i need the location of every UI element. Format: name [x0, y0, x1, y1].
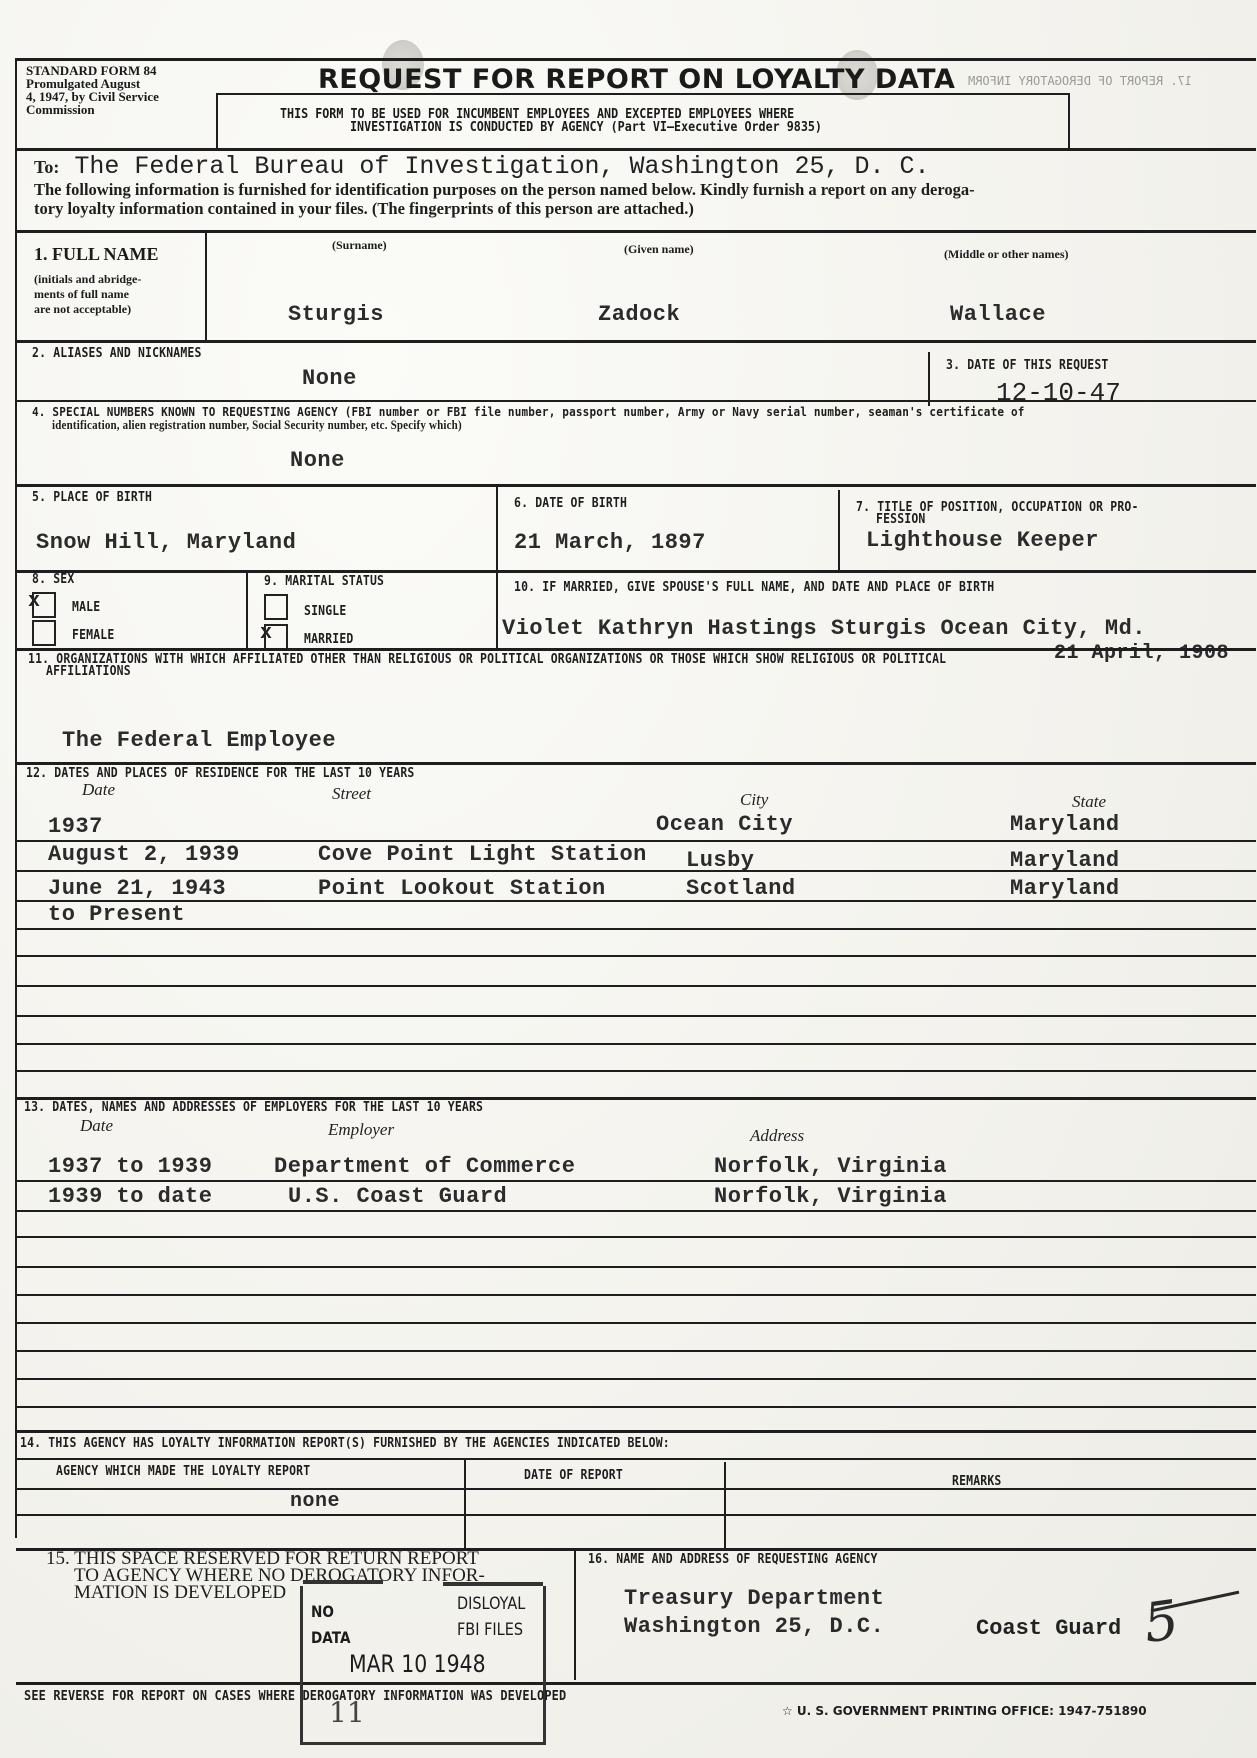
residence-label: 12. DATES AND PLACES OF RESIDENCE FOR TH…: [26, 766, 414, 781]
divider: [16, 484, 1256, 487]
residence-date: August 2, 1939: [48, 842, 240, 867]
sex-female-checkbox[interactable]: [32, 620, 56, 646]
date-of-birth-value: 21 March, 1897: [514, 530, 706, 555]
special-numbers-label-1: 4. SPECIAL NUMBERS KNOWN TO REQUESTING A…: [32, 404, 1025, 419]
residence-date: to Present: [48, 902, 185, 927]
divider: [246, 570, 248, 648]
employers-col-date: Date: [80, 1116, 113, 1136]
instructions-line-1: The following information is furnished f…: [34, 180, 1244, 199]
printer-imprint: ☆ U. S. GOVERNMENT PRINTING OFFICE: 1947…: [782, 1704, 1147, 1718]
addressee-line: To: The Federal Bureau of Investigation,…: [34, 152, 930, 181]
sex-male-checkbox[interactable]: [32, 592, 56, 618]
ruled-line: [16, 1322, 1256, 1324]
divider: [16, 340, 1256, 343]
divider: [16, 1682, 1256, 1685]
occupation-label-2: FESSION: [876, 512, 925, 527]
spouse-value: Violet Kathryn Hastings Sturgis Ocean Ci…: [502, 616, 1146, 641]
sex-female-label: FEMALE: [72, 628, 114, 643]
divider: [16, 570, 1256, 573]
date-of-birth-label: 6. DATE OF BIRTH: [514, 496, 627, 511]
occupation-value: Lighthouse Keeper: [866, 528, 1099, 553]
employers-col-address: Address: [750, 1126, 804, 1146]
loyalty-col-date: DATE OF REPORT: [524, 1468, 623, 1483]
divider: [928, 352, 930, 406]
sex-male-label: MALE: [72, 600, 100, 615]
divider: [574, 1550, 576, 1680]
special-numbers-label-2: identification, alien registration numbe…: [52, 418, 462, 433]
ruled-line: [16, 1180, 1256, 1182]
spouse-label: 10. IF MARRIED, GIVE SPOUSE'S FULL NAME,…: [514, 580, 994, 595]
instructions-line-2: tory loyalty information contained in yo…: [34, 199, 1244, 218]
ruled-line: [16, 1378, 1256, 1380]
ruled-line: [16, 1406, 1256, 1408]
divider: [205, 231, 207, 341]
divider: [16, 1430, 1256, 1433]
surname-value: Sturgis: [288, 302, 384, 327]
stamp-data: DATA: [311, 1628, 351, 1647]
full-name-label: 1. FULL NAME: [34, 244, 159, 265]
requesting-agency-label: 16. NAME AND ADDRESS OF REQUESTING AGENC…: [588, 1552, 878, 1567]
to-value: The Federal Bureau of Investigation, Was…: [74, 152, 929, 181]
residence-city: Scotland: [686, 876, 796, 901]
frame-top-line: [16, 58, 1256, 61]
employers-label: 13. DATES, NAMES AND ADDRESSES OF EMPLOY…: [24, 1100, 483, 1115]
special-numbers-value: None: [290, 448, 345, 473]
ruled-line: [16, 955, 1256, 957]
marital-married-checkbox[interactable]: [264, 624, 288, 650]
loyalty-agency-value: none: [290, 1490, 340, 1513]
divider: [16, 230, 1256, 233]
divider: [16, 762, 1256, 765]
ruled-line: [16, 1015, 1256, 1017]
reverse-note: SEE REVERSE FOR REPORT ON CASES WHERE DE…: [24, 1688, 566, 1704]
form-id-block: STANDARD FORM 84 Promulgated August 4, 1…: [26, 64, 216, 116]
given-name-label: (Given name): [624, 242, 694, 257]
divider: [16, 400, 1256, 402]
ruled-line: [16, 1070, 1256, 1072]
residence-col-city: City: [740, 790, 768, 810]
loyalty-col-remarks: REMARKS: [952, 1474, 1001, 1489]
stamp-no: NO: [311, 1602, 334, 1621]
middle-name-label: (Middle or other names): [944, 247, 1069, 262]
ruled-line: [16, 870, 1256, 872]
place-of-birth-label: 5. PLACE OF BIRTH: [32, 490, 152, 505]
loyalty-col-agency: AGENCY WHICH MADE THE LOYALTY REPORT: [56, 1464, 310, 1479]
aliases-label: 2. ALIASES AND NICKNAMES: [32, 346, 202, 361]
request-date-label: 3. DATE OF THIS REQUEST: [946, 358, 1108, 373]
ruled-line: [16, 1294, 1256, 1296]
organizations-label-1: 11. ORGANIZATIONS WITH WHICH AFFILIATED …: [28, 652, 946, 667]
organizations-label-2: AFFILIATIONS: [46, 664, 131, 679]
employer-date: 1939 to date: [48, 1184, 212, 1209]
residence-state: Maryland: [1010, 876, 1120, 901]
divider: [496, 486, 498, 570]
form-id-line: Commission: [26, 103, 216, 116]
residence-street: Cove Point Light Station: [318, 842, 647, 867]
residence-street: Point Lookout Station: [318, 876, 606, 901]
ruled-line: [16, 1266, 1256, 1268]
divider: [724, 1462, 726, 1548]
employer-name: Department of Commerce: [274, 1154, 575, 1179]
ruled-line: [16, 1350, 1256, 1352]
marital-status-label: 9. MARITAL STATUS: [264, 574, 384, 589]
residence-date: 1937: [48, 814, 103, 839]
fbi-received-stamp: NO DATA DISLOYAL FBI FILES MAR 10 1948 1…: [300, 1586, 546, 1745]
subtitle-line-2: INVESTIGATION IS CONDUCTED BY AGENCY (Pa…: [350, 120, 822, 135]
bleed-through-text: 17. REPORT OF DEROGATORY INFORM: [968, 74, 1192, 88]
divider: [496, 572, 498, 648]
employer-date: 1937 to 1939: [48, 1154, 212, 1179]
ruled-line: [16, 1236, 1256, 1238]
scanned-form-page: STANDARD FORM 84 Promulgated August 4, 1…: [0, 0, 1257, 1758]
loyalty-reports-label: 14. THIS AGENCY HAS LOYALTY INFORMATION …: [20, 1436, 670, 1451]
given-name-value: Zadock: [598, 302, 680, 327]
middle-name-value: Wallace: [950, 302, 1046, 327]
frame-left-line: [15, 58, 17, 1538]
residence-city: Ocean City: [656, 812, 793, 837]
instructions: The following information is furnished f…: [34, 180, 1244, 218]
stamp-edge: [443, 1582, 543, 1586]
spouse-birth-date: 21 April, 1908: [1054, 642, 1229, 665]
sex-label: 8. SEX: [32, 572, 74, 587]
form-title: REQUEST FOR REPORT ON LOYALTY DATA: [318, 64, 955, 95]
requesting-agency-extra: Coast Guard: [976, 1616, 1121, 1641]
residence-col-state: State: [1072, 792, 1106, 812]
marital-married-label: MARRIED: [304, 632, 353, 647]
stamp-disloyal: DISLOYAL: [457, 1594, 525, 1614]
divider: [16, 1488, 1256, 1490]
requesting-agency-line-2: Washington 25, D.C.: [624, 1614, 884, 1639]
divider: [16, 648, 1256, 651]
residence-state: Maryland: [1010, 812, 1120, 837]
employer-address: Norfolk, Virginia: [714, 1184, 947, 1209]
divider: [16, 1458, 1256, 1460]
note-line: (initials and abridge-: [34, 272, 141, 287]
stamp-date: MAR 10 1948: [349, 1650, 486, 1678]
marital-single-checkbox[interactable]: [264, 594, 288, 620]
ruled-line: [16, 985, 1256, 987]
place-of-birth-value: Snow Hill, Maryland: [36, 530, 296, 555]
ruled-line: [16, 928, 1256, 930]
stamp-fbi-files: FBI FILES: [457, 1620, 523, 1640]
surname-label: (Surname): [332, 238, 387, 253]
full-name-note: (initials and abridge- ments of full nam…: [34, 272, 141, 317]
note-line: are not acceptable): [34, 302, 141, 317]
handwritten-number: 5: [1140, 1588, 1183, 1655]
stamp-edge: [303, 1580, 383, 1584]
header-divider: [16, 148, 1256, 151]
employer-address: Norfolk, Virginia: [714, 1154, 947, 1179]
subtitle-box: THIS FORM TO BE USED FOR INCUMBENT EMPLO…: [216, 93, 1070, 149]
employers-col-employer: Employer: [328, 1120, 394, 1140]
residence-col-street: Street: [332, 784, 371, 804]
residence-col-date: Date: [82, 780, 115, 800]
ruled-line: [16, 900, 1256, 902]
divider: [838, 490, 840, 570]
requesting-agency-line-1: Treasury Department: [624, 1586, 884, 1611]
ruled-line: [16, 1210, 1256, 1212]
to-label: To:: [34, 157, 59, 177]
ruled-line: [16, 1043, 1256, 1045]
residence-date: June 21, 1943: [48, 876, 226, 901]
divider: [464, 1460, 466, 1548]
organizations-value: The Federal Employee: [62, 728, 336, 753]
aliases-value: None: [302, 366, 357, 391]
ruled-line: [16, 1514, 1256, 1516]
marital-single-label: SINGLE: [304, 604, 346, 619]
employer-name: U.S. Coast Guard: [288, 1184, 507, 1209]
note-line: ments of full name: [34, 287, 141, 302]
